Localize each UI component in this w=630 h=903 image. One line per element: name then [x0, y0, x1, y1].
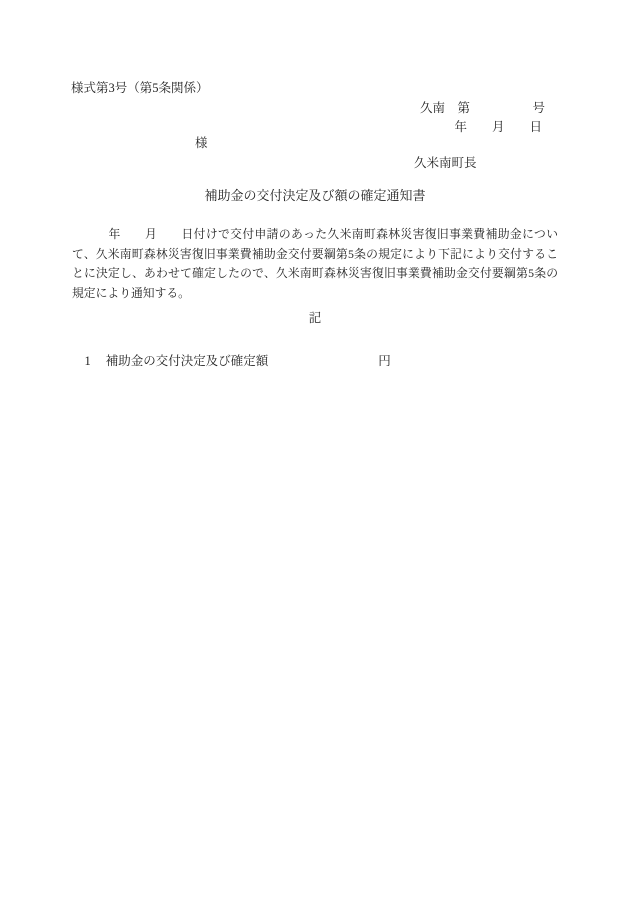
item-number: 1 — [85, 354, 91, 368]
item-label: 補助金の交付決定及び確定額 — [106, 354, 269, 368]
document-page: 様式第3号（第5条関係） 久南 第 号 年 月 日 様 久米南町長 補助金の交付… — [0, 0, 630, 903]
body-line-3: とに決定し、あわせて確定したので、久米南町森林災害復旧事業費補助金交付要綱第5条… — [72, 264, 558, 284]
item-row: 1補助金の交付決定及び確定額円 — [72, 331, 391, 391]
body-paragraph: 年 月 日付けで交付申請のあった久米南町森林災害復旧事業費補助金につい て、久米… — [72, 225, 558, 303]
addressee-placeholder: 様 — [195, 133, 208, 153]
body-line-1: 年 月 日付けで交付申請のあった久米南町森林災害復旧事業費補助金につい — [72, 225, 558, 245]
reference-number-line: 久南 第 号 — [420, 98, 545, 118]
body-line-2: て、久米南町森林災害復旧事業費補助金交付要綱第5条の規定により下記により交付する… — [72, 245, 558, 265]
item-unit: 円 — [378, 354, 391, 368]
sender-name: 久米南町長 — [414, 153, 477, 173]
issue-date-line: 年 月 日 — [454, 117, 542, 137]
document-title: 補助金の交付決定及び額の確定通知書 — [0, 186, 630, 206]
body-line-4: 規定により通知する。 — [72, 284, 558, 304]
form-number: 様式第3号（第5条関係） — [71, 78, 209, 98]
record-heading: 記 — [0, 308, 630, 328]
